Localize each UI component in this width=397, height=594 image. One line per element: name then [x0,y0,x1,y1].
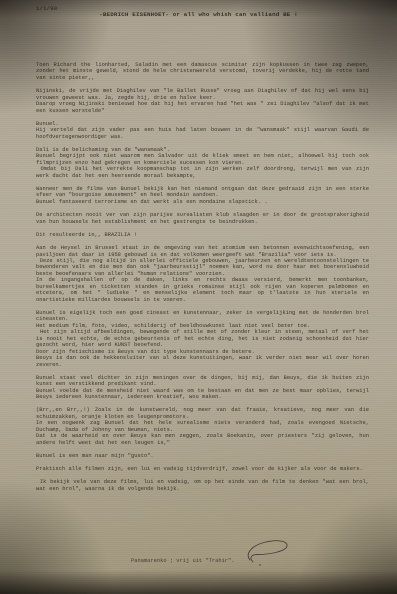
footer-credit: Panamarenko ; vrij uit "Trahir". [131,558,235,564]
page-title: -BEDRICH EISENHOET- or all who whish can… [0,11,397,18]
document-body: Toen Richard the lionharted, Saladin met… [36,62,369,499]
paragraph: De architecten nooit ver van zijn parijs… [36,212,369,225]
paragraph: Bunuel. Hij verteld dat zijn vader pas e… [36,121,369,140]
paragraph: Bunuel is een man naar mijn "gusto". [36,453,369,459]
paragraph: Praktisch alle filmen zijn, een lui en v… [36,466,369,472]
paragraph: Aan de Heysel in Brussel staat in de omg… [36,245,369,303]
paragraph: Bunuel is eigelijk toch een goed cineast… [36,310,369,368]
paragraph: Nijinski, de vrijde met Diaghilev van "l… [36,88,369,114]
photographed-document-page: 1/1/90 -BEDRICH EISENHOET- or all who wh… [0,0,397,594]
paragraph: Ik bekijk vele van deze films, lui en va… [36,479,369,492]
paragraph: Wanneer men de films van Bunuel bekijk k… [36,186,369,205]
paragraph: Toen Richard the lionharted, Saladin met… [36,62,369,81]
paragraph: (Brr,,en Brr,,!) Zoals in de kunstwereld… [36,407,369,446]
paragraph: Dit resulteerde in,, BRAZILIA ! [36,232,369,238]
paragraph: Bunuel staat veel dichter in zijn mening… [36,375,369,401]
signature-doodle-icon [240,537,298,571]
paragraph: Dali is de belichaming van de "wansmaak"… [36,147,369,179]
